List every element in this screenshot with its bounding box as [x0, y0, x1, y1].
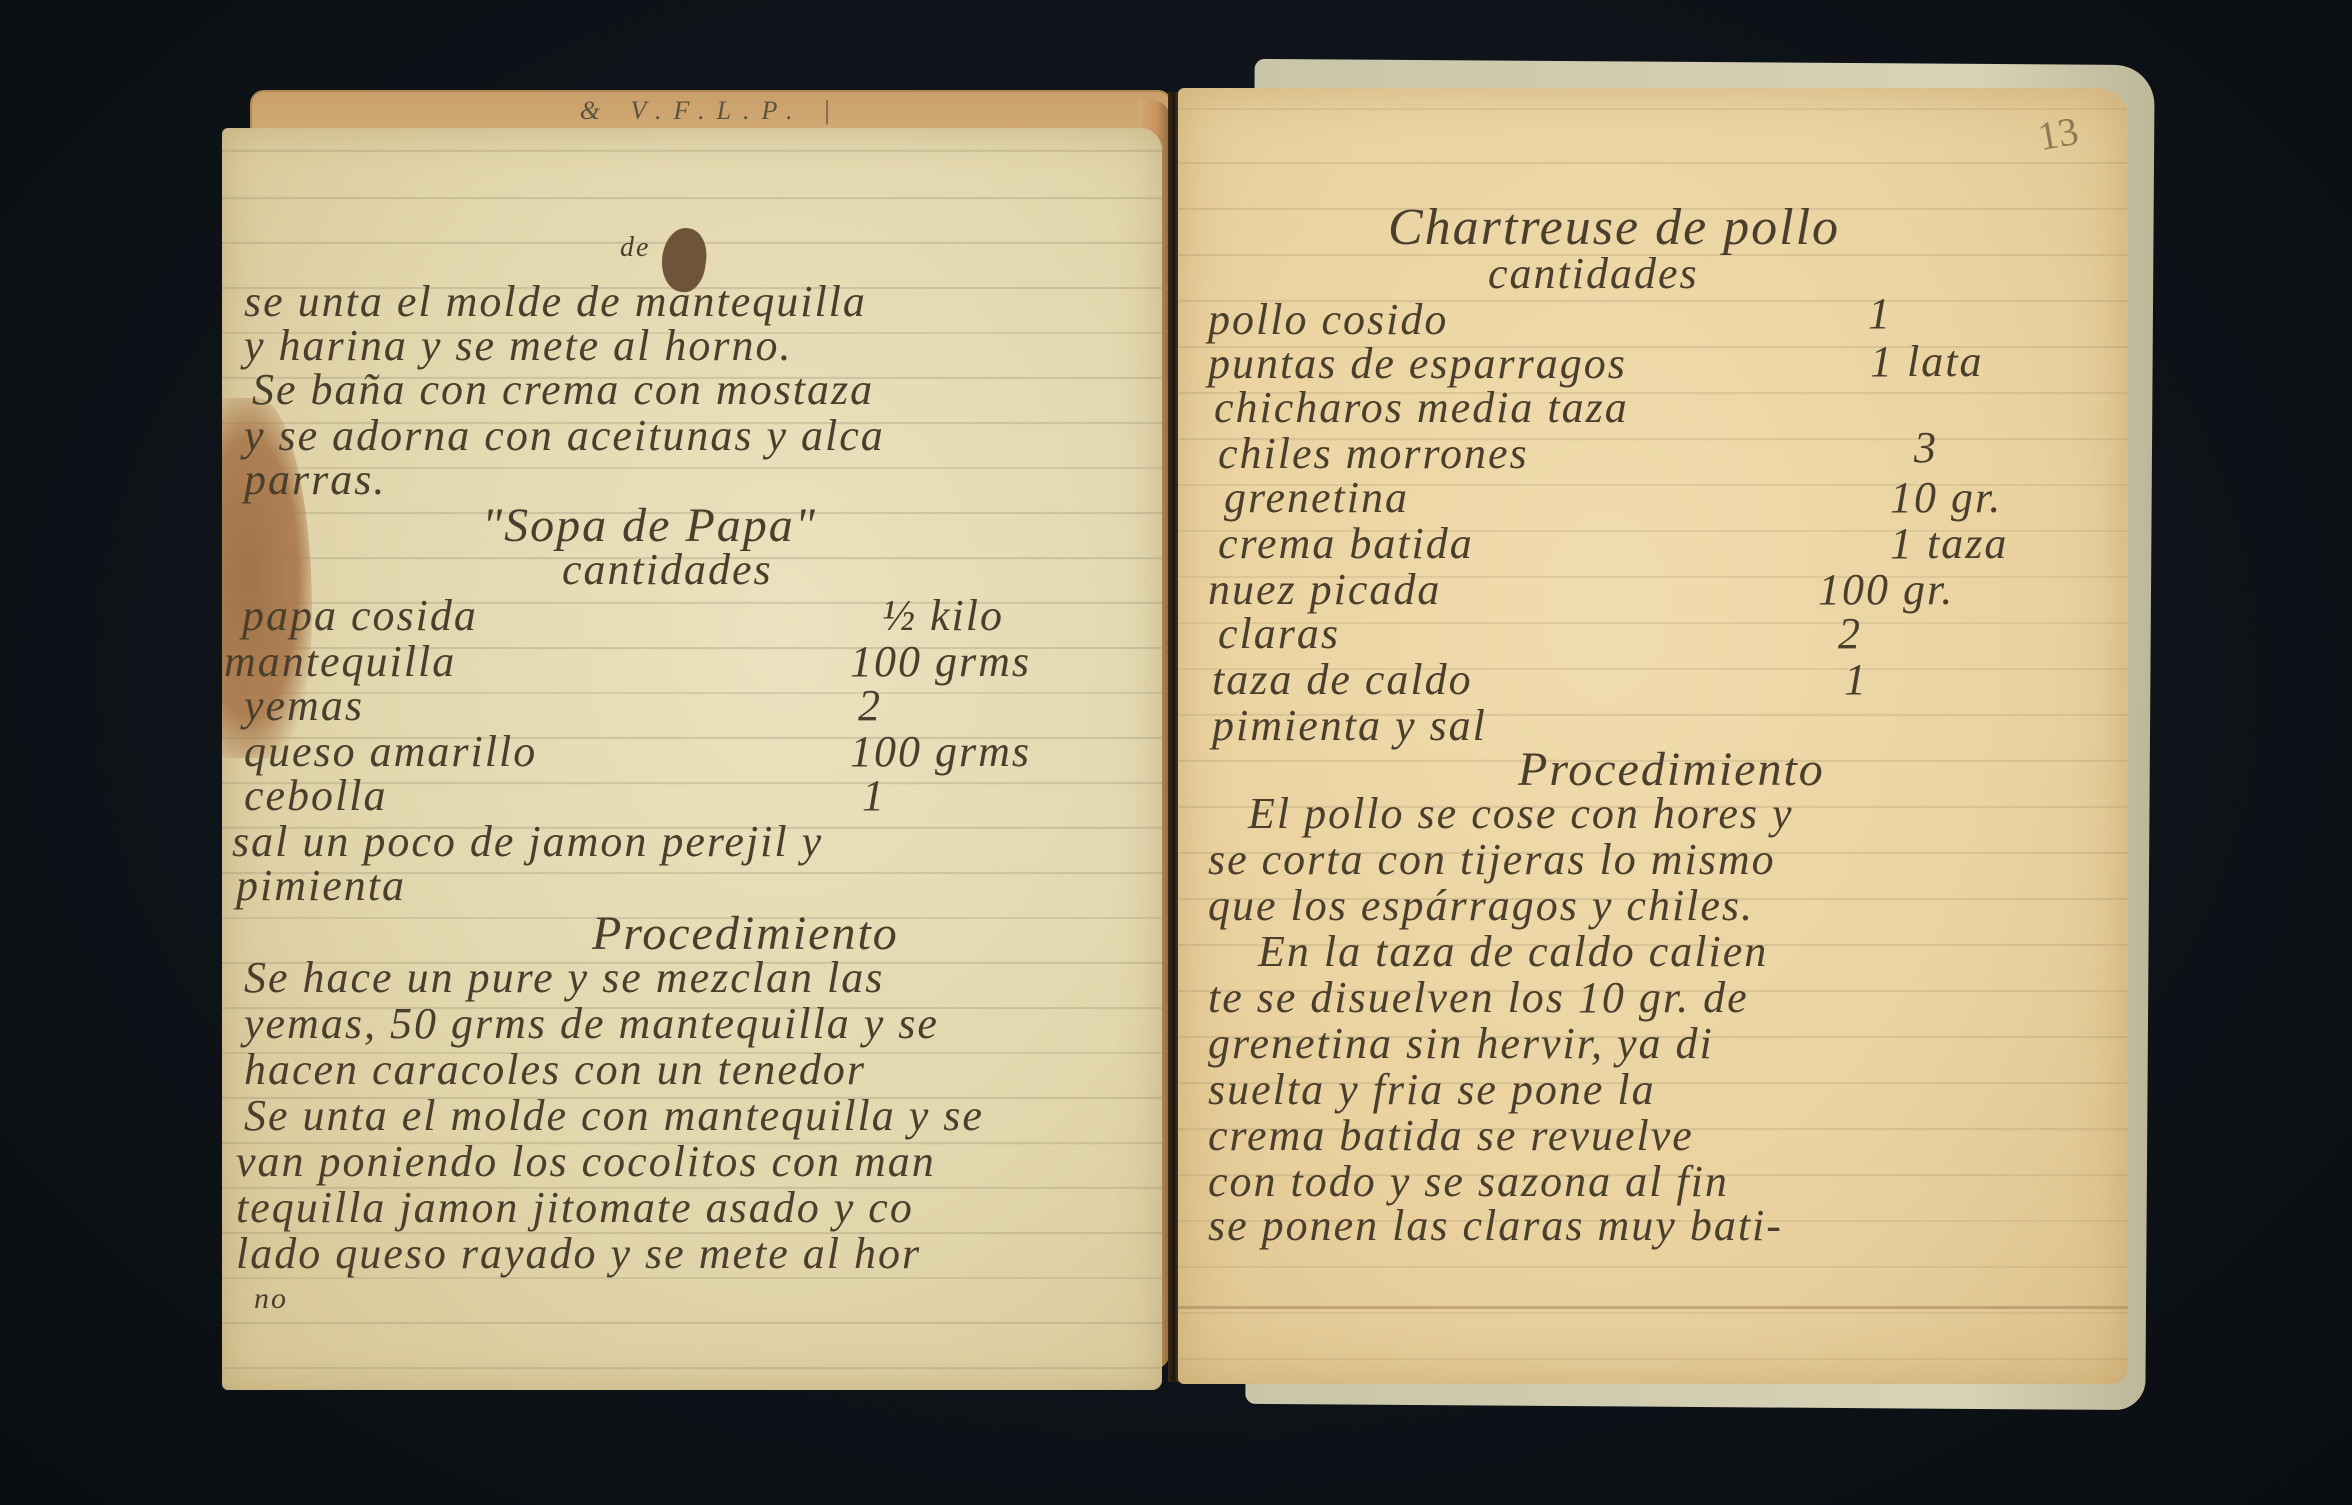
ingredient-qty: 1 taza	[1890, 518, 2008, 569]
procedure-line: yemas, 50 grms de mantequilla y se	[244, 998, 939, 1049]
ingredient-name: claras	[1218, 608, 1340, 659]
blot-mark: de	[620, 232, 650, 264]
ingredient-qty: 3	[1914, 422, 1938, 473]
continuation-line: Se baña con crema con mostaza	[252, 364, 874, 415]
extra-ingredients-line: pimienta	[236, 860, 406, 911]
ingredient-name: crema batida	[1218, 518, 1474, 569]
procedure-line: te se disuelven los 10 gr. de	[1208, 972, 1749, 1023]
ingredient-qty: ½ kilo	[882, 590, 1004, 641]
page-number: 13	[2034, 107, 2082, 160]
procedure-line: que los espárragos y chiles.	[1208, 880, 1754, 931]
procedure-line: van poniendo los cocolitos con man	[236, 1136, 936, 1187]
ingredient-qty: 1	[862, 770, 886, 821]
ingredient-qty: 1	[1868, 288, 1892, 339]
procedure-line: se ponen las claras muy bati-	[1208, 1200, 1783, 1251]
procedure-line: suelta y fria se pone la	[1208, 1064, 1656, 1115]
ingredient-qty: 10 gr.	[1890, 472, 2002, 523]
ingredient-name: taza de caldo	[1212, 654, 1473, 705]
right-page: 13 Chartreuse de pollo cantidades pollo …	[1178, 88, 2128, 1384]
ingredient-name: chicharos media taza	[1214, 382, 1629, 433]
ingredient-qty: 2	[1838, 608, 1862, 659]
procedure-line: tequilla jamon jitomate asado y co	[236, 1182, 914, 1233]
page-fold-line	[1178, 1306, 2128, 1309]
procedure-line: grenetina sin hervir, ya di	[1208, 1018, 1714, 1069]
ingredient-qty: 1 lata	[1870, 336, 1983, 387]
procedure-line: lado queso rayado y se mete al hor	[236, 1228, 921, 1279]
left-page: de se unta el molde de mantequilla y har…	[222, 128, 1162, 1390]
procedure-line: En la taza de caldo calien	[1258, 926, 1768, 977]
procedure-line: no	[254, 1282, 288, 1316]
procedure-line: El pollo se cose con hores y	[1248, 788, 1794, 839]
procedure-line: crema batida se revuelve	[1208, 1110, 1694, 1161]
procedure-line: Se hace un pure y se mezclan las	[244, 952, 884, 1003]
procedure-line: se corta con tijeras lo mismo	[1208, 834, 1776, 885]
strip-text: & V.F.L.P. |	[252, 96, 1170, 126]
ingredient-name: cebolla	[244, 770, 388, 821]
procedure-line: Se unta el molde con mantequilla y se	[244, 1090, 984, 1141]
ingredient-qty: 1	[1844, 654, 1868, 705]
ingredient-name: grenetina	[1224, 472, 1409, 523]
procedure-line: hacen caracoles con un tenedor	[244, 1044, 866, 1095]
quantities-heading: cantidades	[562, 544, 773, 595]
ingredient-name: yemas	[244, 680, 364, 731]
quantities-heading: cantidades	[1488, 248, 1699, 299]
continuation-line: parras.	[244, 454, 386, 505]
ingredient-name: papa cosida	[242, 590, 478, 641]
ingredient-name: pimienta y sal	[1212, 700, 1487, 751]
ingredient-qty: 2	[858, 680, 882, 731]
